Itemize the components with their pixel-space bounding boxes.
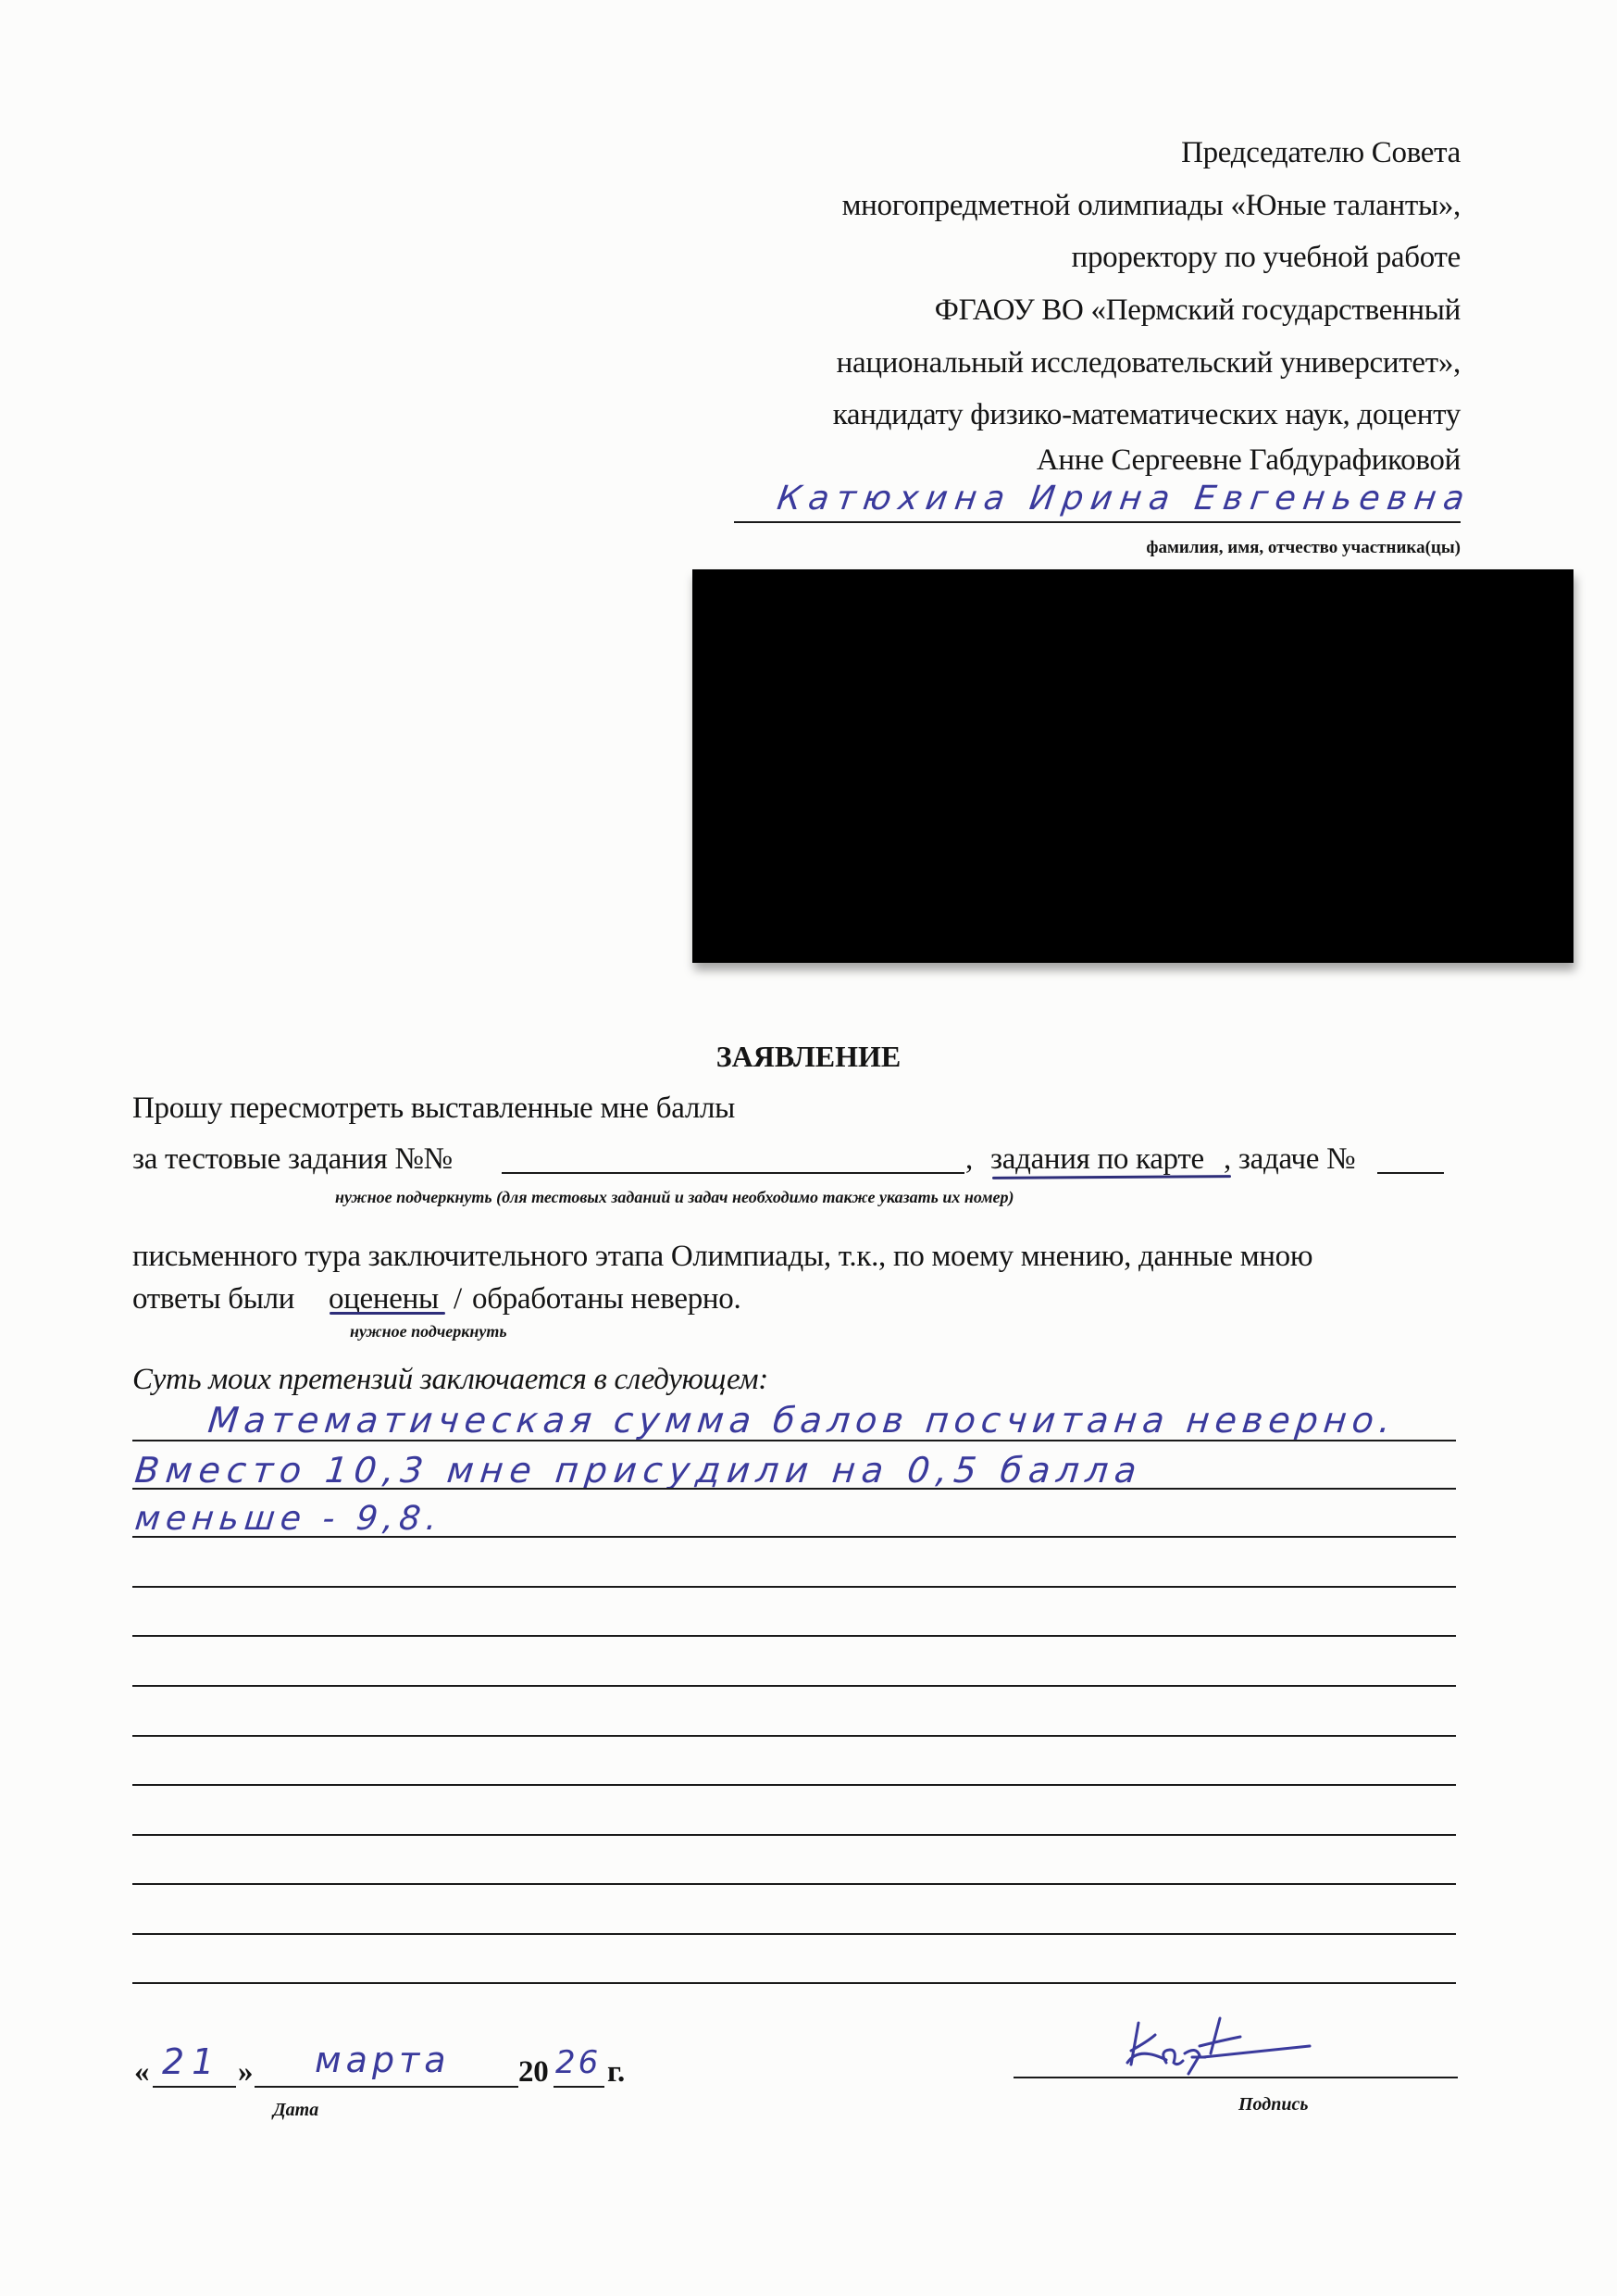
signature-field[interactable] <box>1014 2077 1458 2078</box>
option-processed: обработаны неверно. <box>472 1280 740 1317</box>
request-line-1: Прошу пересмотреть выставленные мне балл… <box>132 1090 735 1127</box>
claims-line[interactable] <box>132 1586 1456 1588</box>
claims-line[interactable] <box>132 1784 1456 1786</box>
signature-caption: Подпись <box>1238 2094 1308 2115</box>
claims-line[interactable] <box>132 1933 1456 1935</box>
request-line-2-suffix: , задаче № <box>1224 1141 1355 1178</box>
redacted-block <box>692 569 1573 963</box>
addressee-line: Председателю Совета <box>1181 134 1461 171</box>
participant-name-caption: фамилия, имя, отчество участника(цы) <box>1146 538 1461 558</box>
document-title: ЗАЯВЛЕНИЕ <box>0 1040 1617 1074</box>
reason-caption: нужное подчеркнуть <box>350 1322 507 1341</box>
addressee-line: национальный исследовательский университ… <box>837 344 1461 381</box>
claims-line[interactable] <box>132 1488 1456 1490</box>
option-separator: / <box>454 1280 462 1317</box>
reason-line-2-prefix: ответы были <box>132 1280 294 1317</box>
option-map-tasks: задания по карте <box>990 1141 1204 1178</box>
claims-line[interactable] <box>132 1685 1456 1687</box>
addressee-line: кандидату физико-математических наук, до… <box>833 396 1461 433</box>
addressee-line: проректору по учебной работе <box>1072 239 1461 276</box>
date-year-field[interactable] <box>554 2086 604 2088</box>
claims-line[interactable] <box>132 1735 1456 1737</box>
date-close-quote: » <box>238 2053 253 2090</box>
date-day-field[interactable] <box>153 2086 236 2088</box>
addressee-line: многопредметной олимпиады «Юные таланты»… <box>842 187 1461 224</box>
date-month-field[interactable] <box>255 2086 518 2088</box>
claims-handwritten-line: меньше - 9,8. <box>133 1500 444 1538</box>
request-comma: , <box>965 1141 973 1178</box>
claims-heading: Суть моих претензий заключается в следую… <box>132 1361 768 1398</box>
request-line-2-prefix: за тестовые задания №№ <box>132 1141 453 1178</box>
date-month-handwritten: марта <box>315 2040 451 2080</box>
date-year-handwritten: 26 <box>555 2044 601 2081</box>
claims-handwritten-line: Вместо 10,3 мне присудили на 0,5 балла <box>133 1450 1145 1491</box>
selection-underline-map-tasks <box>992 1175 1231 1179</box>
addressee-name: Анне Сергеевне Габдурафиковой <box>1037 442 1461 479</box>
claims-line[interactable] <box>132 1982 1456 1984</box>
signature-handwritten <box>1111 2009 1333 2092</box>
test-task-numbers-field[interactable] <box>502 1172 964 1174</box>
problem-number-field[interactable] <box>1377 1172 1444 1174</box>
claims-line[interactable] <box>132 1635 1456 1637</box>
selection-underline-evaluated <box>330 1312 445 1315</box>
claims-handwritten-line: Математическая сумма балов посчитана нев… <box>206 1400 1399 1441</box>
claims-line[interactable] <box>132 1536 1456 1538</box>
date-year-unit: г. <box>607 2053 625 2090</box>
claims-line[interactable] <box>132 1883 1456 1885</box>
participant-name-line <box>734 521 1461 523</box>
request-caption: нужное подчеркнуть (для тестовых заданий… <box>335 1188 1014 1207</box>
participant-name-handwritten: Катюхина Ирина Евгеньевна <box>775 480 1474 518</box>
date-open-quote: « <box>134 2053 149 2090</box>
date-day-handwritten: 21 <box>162 2041 221 2082</box>
addressee-line: ФГАОУ ВО «Пермский государственный <box>935 292 1461 329</box>
reason-line-1: письменного тура заключительного этапа О… <box>132 1238 1312 1275</box>
claims-line[interactable] <box>132 1440 1456 1441</box>
claims-line[interactable] <box>132 1834 1456 1836</box>
date-year-prefix: 20 <box>518 2053 548 2090</box>
date-caption: Дата <box>273 2100 318 2121</box>
